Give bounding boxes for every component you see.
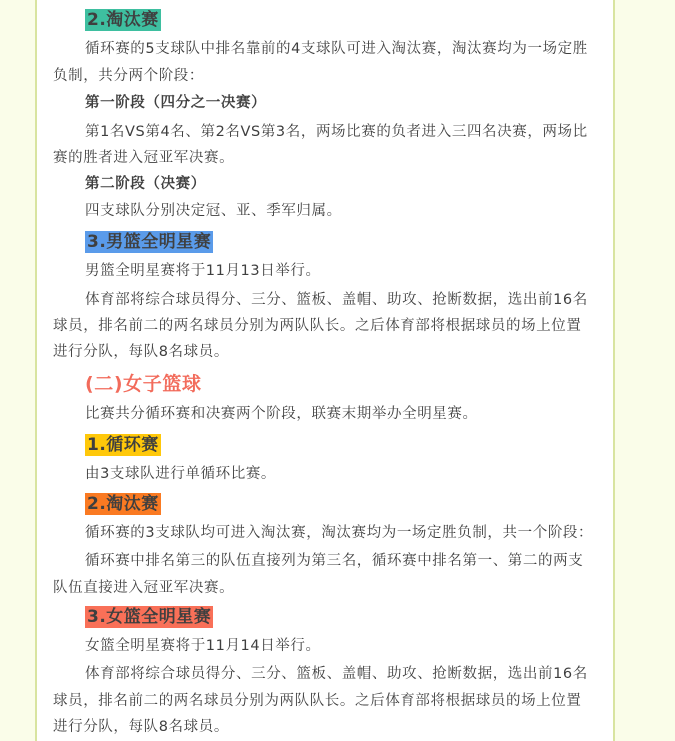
men-knockout-intro-line2: 负制，共分两个阶段： bbox=[53, 64, 204, 85]
heading-women-allstar: 3.女篮全明星赛 bbox=[85, 606, 213, 628]
women-knockout-line2: 循环赛中排名第三的队伍直接列为第三名，循环赛中排名第一、第二的两支 bbox=[85, 549, 583, 570]
stage1-line1: 第1名VS第4名、第2名VS第3名，两场比赛的负者进入三四名决赛，两场比 bbox=[85, 120, 588, 141]
women-knockout-line3: 队伍直接进入冠亚军决赛。 bbox=[53, 576, 234, 597]
women-allstar-line3: 进行分队，每队8名球员。 bbox=[53, 715, 229, 736]
heading-women-knockout: 2.淘汰赛 bbox=[85, 493, 161, 515]
section-title-women: (二)女子篮球 bbox=[85, 369, 202, 396]
men-allstar-line2: 球员，排名前二的两名球员分别为两队队长。之后体育部将根据球员的场上位置 bbox=[53, 314, 582, 335]
women-overview: 比赛共分循环赛和决赛两个阶段，联赛末期举办全明星赛。 bbox=[85, 402, 478, 423]
heading-women-round-robin: 1.循环赛 bbox=[85, 434, 161, 456]
stage2-title: 第二阶段（决赛） bbox=[85, 172, 206, 193]
women-knockout-line1: 循环赛的3支球队均可进入淘汰赛，淘汰赛均为一场定胜负制，共一个阶段： bbox=[85, 521, 593, 542]
heading-men-knockout: 2.淘汰赛 bbox=[85, 9, 161, 31]
men-knockout-intro-line1: 循环赛的5支球队中排名靠前的4支球队可进入淘汰赛，淘汰赛均为一场定胜 bbox=[85, 37, 588, 58]
men-allstar-date: 男篮全明星赛将于11月13日举行。 bbox=[85, 259, 321, 280]
women-allstar-line1: 体育部将综合球员得分、三分、篮板、盖帽、助攻、抢断数据，选出前16名 bbox=[85, 662, 588, 683]
men-allstar-line1: 体育部将综合球员得分、三分、篮板、盖帽、助攻、抢断数据，选出前16名 bbox=[85, 288, 588, 309]
women-round-robin-text: 由3支球队进行单循环比赛。 bbox=[85, 462, 276, 483]
women-allstar-date: 女篮全明星赛将于11月14日举行。 bbox=[85, 634, 321, 655]
heading-men-allstar: 3.男篮全明星赛 bbox=[85, 231, 213, 253]
women-allstar-line2: 球员，排名前二的两名球员分别为两队队长。之后体育部将根据球员的场上位置 bbox=[53, 689, 582, 710]
men-allstar-line3: 进行分队，每队8名球员。 bbox=[53, 340, 229, 361]
article-page: 2.淘汰赛 循环赛的5支球队中排名靠前的4支球队可进入淘汰赛，淘汰赛均为一场定胜… bbox=[35, 0, 615, 741]
stage1-title: 第一阶段（四分之一决赛） bbox=[85, 91, 266, 112]
stage1-line2: 赛的胜者进入冠亚军决赛。 bbox=[53, 146, 234, 167]
stage2-text: 四支球队分别决定冠、亚、季军归属。 bbox=[85, 199, 342, 220]
